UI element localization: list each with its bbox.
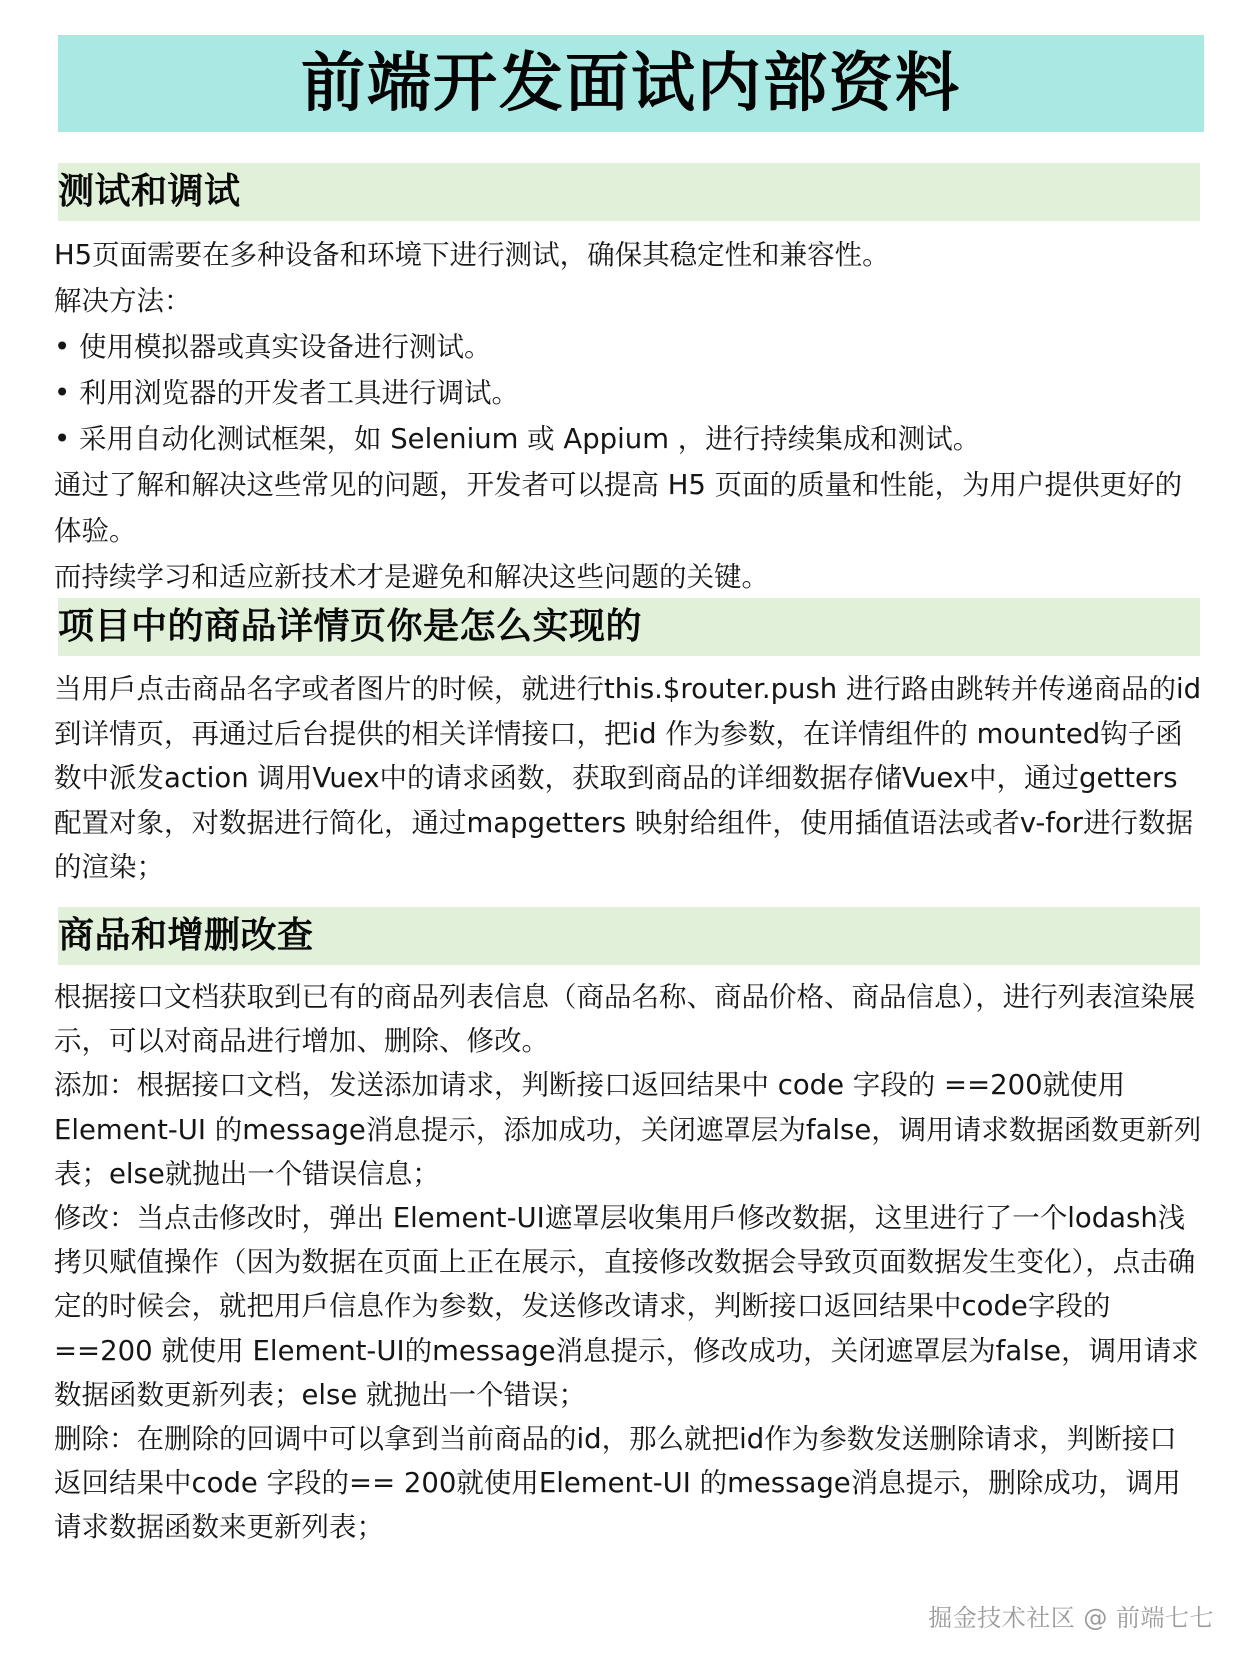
section-title: 商品和增删改查 (58, 918, 314, 954)
text-paragraph: 根据接口文档获取到已有的商品列表信息（商品名称、商品价格、商品信息），进行列表渲… (54, 975, 1204, 1063)
text-line: H5页面需要在多种设备和环境下进行测试，确保其稳定性和兼容性。 (54, 232, 1204, 278)
text-paragraph-edit: 修改：当点击修改时，弹出 Element-UI遮罩层收集用戶修改数据，这里进行了… (54, 1196, 1204, 1417)
section-body-detail-page: 当用戶点击商品名字或者图片的时候，就进行this.$router.push 进行… (54, 667, 1204, 890)
bullet-item: • 利用浏览器的开发者工具进行调试。 (54, 370, 1204, 416)
title-banner: 前端开发面试内部资料 (58, 35, 1204, 132)
text-paragraph-add: 添加：根据接口文档，发送添加请求，判断接口返回结果中 code 字段的 ==20… (54, 1063, 1204, 1196)
section-heading-detail-page: 项目中的商品详情页你是怎么实现的 (58, 598, 1200, 656)
section-body-testing: H5页面需要在多种设备和环境下进行测试，确保其稳定性和兼容性。 解决方法： • … (54, 232, 1204, 600)
text-line: 解决方法： (54, 278, 1204, 324)
section-heading-crud: 商品和增删改查 (58, 907, 1200, 965)
watermark: 掘金技术社区 @ 前端七七 (928, 1598, 1214, 1633)
bullet-item: • 采用自动化测试框架，如 Selenium 或 Appium ，进行持续集成和… (54, 416, 1204, 462)
text-paragraph-delete: 删除：在删除的回调中可以拿到当前商品的id，那么就把id作为参数发送删除请求，判… (54, 1417, 1204, 1550)
text-line: 通过了解和解决这些常见的问题，开发者可以提高 H5 页面的质量和性能，为用户提供… (54, 462, 1204, 554)
section-title: 测试和调试 (58, 174, 241, 210)
text-line: 而持续学习和适应新技术才是避免和解决这些问题的关键。 (54, 554, 1204, 600)
section-body-crud: 根据接口文档获取到已有的商品列表信息（商品名称、商品价格、商品信息），进行列表渲… (54, 975, 1204, 1550)
section-heading-testing: 测试和调试 (58, 163, 1200, 221)
text-paragraph: 当用戶点击商品名字或者图片的时候，就进行this.$router.push 进行… (54, 667, 1204, 890)
bullet-item: • 使用模拟器或真实设备进行测试。 (54, 324, 1204, 370)
page-title: 前端开发面试内部资料 (301, 52, 961, 116)
section-title: 项目中的商品详情页你是怎么实现的 (58, 609, 642, 645)
